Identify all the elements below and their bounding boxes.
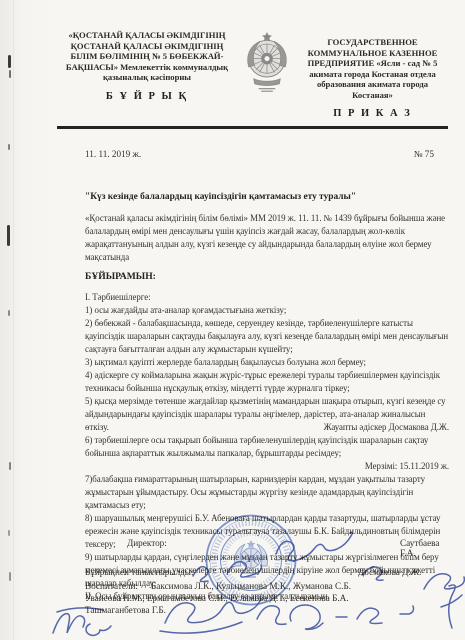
order-date: 11. 11. 2019 ж.	[85, 149, 141, 159]
edge-mark	[9, 572, 11, 581]
org-line: акимата города Костаная отдела	[297, 69, 448, 80]
letterhead: «ҚОСТАНАЙ ҚАЛАСЫ ӘКІМДІГІНІҢ ҚОСТАНАЙ ҚА…	[57, 30, 448, 120]
body-paragraph: 6) тәрбиешілерге осы тақырып бойынша тәр…	[85, 434, 451, 460]
doc-type-russian: П Р И К А З	[297, 109, 448, 120]
acquainted-name: Досмакова Д.Ж.	[358, 567, 421, 577]
org-line: КОММУНАЛЬНОЕ КАЗЕННОЕ	[297, 48, 448, 59]
org-line: БАҚШАСЫ» Мемлекеттік коммуналдық	[57, 62, 237, 73]
doc-type-kazakh: Б Ұ Й Р Ы Қ	[57, 92, 237, 103]
edge-mark	[8, 144, 10, 150]
scan-fold-line	[13, 0, 14, 640]
director-label: Директор:	[127, 538, 167, 548]
body-paragraph: 4) әдіскерге су коймаларына жақын жүріс-…	[85, 369, 451, 395]
educators-names: Уваисова Н.М., Ермагамбетова С.Н., Еслям…	[85, 593, 448, 605]
org-line: ГОСУДАРСТВЕННОЕ	[297, 37, 448, 48]
org-line: қазыналық кәсіпорны	[57, 72, 237, 83]
acquainted-label: Бұйрықпен таныстырылды:	[85, 567, 194, 577]
educators-names: Ташмаганбетова Г.Б.	[85, 605, 448, 617]
order-word: БҰЙЫРАМЫН:	[85, 271, 448, 282]
edge-mark	[8, 530, 10, 536]
header-divider	[57, 126, 448, 129]
body-paragraph: I. Тәрбиешілерге:	[85, 291, 451, 304]
org-name-russian: ГОСУДАРСТВЕННОЕ КОММУНАЛЬНОЕ КАЗЕННОЕ ПР…	[297, 30, 448, 120]
org-line: ҚОСТАНАЙ ҚАЛАСЫ ӘКІМДІГІНІҢ	[57, 41, 237, 52]
org-line: «ҚОСТАНАЙ ҚАЛАСЫ ӘКІМДІГІНІҢ	[57, 30, 237, 41]
educators-names: Баксимова Л.К., Кульцманова М.К., Жумано…	[151, 581, 351, 593]
edge-mark	[9, 70, 11, 78]
deadline-note: Мерзімі: 15.11.2019 ж.	[85, 460, 449, 473]
edge-mark	[9, 462, 11, 470]
director-name: Саутбаева Г.А.	[400, 538, 448, 558]
body-paragraph: 3) ықтимал қауіпті жерлерде балалардың б…	[85, 356, 451, 369]
body-paragraph: 7)балабақша ғимараттарының шатырларын, к…	[85, 473, 451, 512]
org-line: образования акимата города Костаная»	[297, 79, 448, 100]
body-paragraph: 2) бөбекжай - балабақшасында, көшеде, се…	[85, 317, 451, 356]
org-name-kazakh: «ҚОСТАНАЙ ҚАЛАСЫ ӘКІМДІГІНІҢ ҚОСТАНАЙ ҚА…	[57, 30, 237, 102]
order-preamble: «Қостанай қаласы әкімдігінің білім бөлім…	[85, 212, 451, 264]
order-title: "Күз кезінде балалардыц кауіпсіздігін қа…	[85, 192, 448, 202]
meta-row: 11. 11. 2019 ж. № 75	[57, 149, 448, 159]
scanned-order-document: «ҚОСТАНАЙ ҚАЛАСЫ ӘКІМДІГІНІҢ ҚОСТАНАЙ ҚА…	[0, 0, 465, 640]
edge-mark	[8, 310, 10, 316]
signature-block: Директор: Саутбаева Г.А. Бұйрықпен таныс…	[57, 538, 448, 617]
order-number: № 75	[414, 149, 434, 159]
org-line: ПРЕДПРИЯТИЕ «Ясли - сад № 5	[297, 58, 448, 69]
edge-mark	[8, 55, 11, 68]
kazakhstan-emblem-icon	[242, 30, 292, 94]
responsible-note: Жауапты әдіскер Досмакова Д.Ж.	[85, 421, 449, 434]
edge-mark	[7, 225, 10, 246]
educators-label: Воспитатели:	[85, 581, 138, 593]
org-line: БІЛІМ БӨЛІМІНІҢ № 5 БӨБЕКЖАЙ-	[57, 51, 237, 62]
body-paragraph: 1) осы жағдайды ата-аналар қоғамдастығын…	[85, 304, 451, 317]
